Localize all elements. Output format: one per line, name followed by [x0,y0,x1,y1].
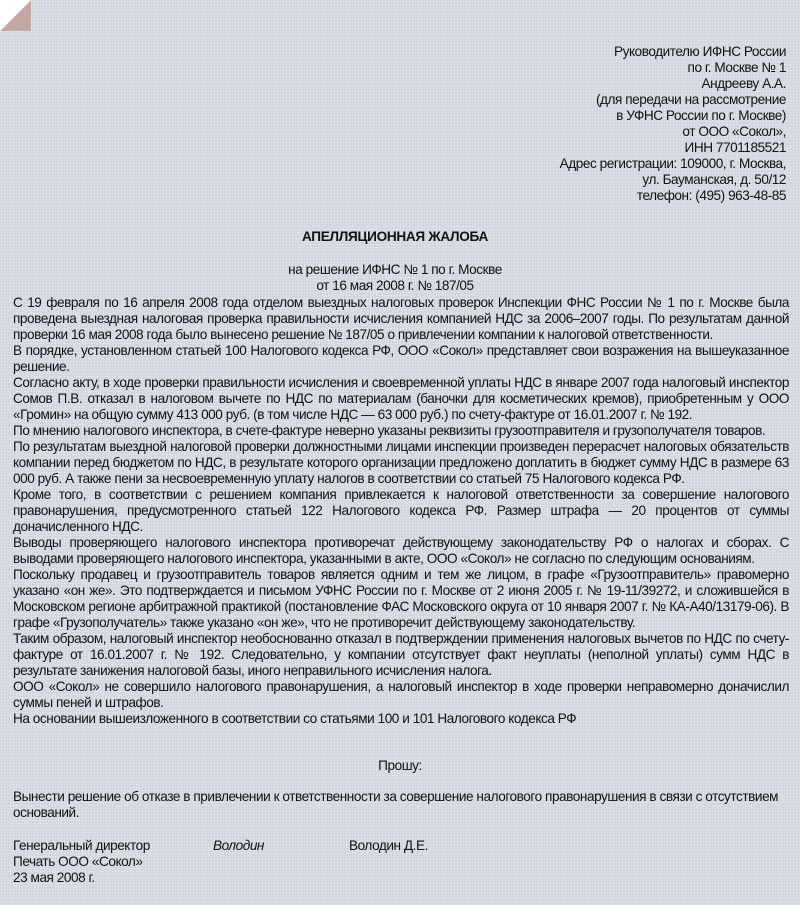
body-paragraph: С 19 февраля по 16 апреля 2008 года отде… [13,295,789,343]
company-stamp: Печать ООО «Сокол» [13,854,150,870]
addressee-line: (для передачи на рассмотрение [386,92,786,108]
addressee-line: ул. Бауманская, д. 50/12 [386,172,786,188]
body-paragraph: На основании вышеизложенного в соответст… [13,711,789,727]
request-heading: Прошу: [0,758,800,774]
document-subtitle: на решение ИФНС № 1 по г. Москве от 16 м… [270,262,520,294]
body-paragraph: ООО «Сокол» не совершило налогового прав… [13,679,789,711]
signature-block: Генеральный директор Печать ООО «Сокол» … [13,838,150,886]
addressee-block: Руководителю ИФНС России по г. Москве № … [386,44,786,204]
addressee-line: Руководителю ИФНС России [386,44,786,60]
body-paragraph: Выводы проверяющего налогового инспектор… [13,535,789,567]
handwritten-signature: Володин [213,838,264,854]
body-paragraph: Согласно акту, в ходе проверки правильно… [13,375,789,423]
signer-name: Володин Д.Е. [349,838,428,854]
body-paragraph: Поскольку продавец и грузоотправитель то… [13,567,789,631]
addressee-line: ИНН 7701185521 [386,140,786,156]
body-paragraph: По мнению налогового инспектора, в счете… [13,423,789,439]
body-paragraph: Таким образом, налоговый инспектор необо… [13,631,789,679]
addressee-line: Адрес регистрации: 109000, г. Москва, [386,156,786,172]
subtitle-line: на решение ИФНС № 1 по г. Москве [270,262,520,278]
request-text: Вынести решение об отказе в привлечении … [13,789,789,821]
addressee-line: в УФНС России по г. Москве) [386,108,786,124]
signer-position: Генеральный директор [13,838,150,854]
addressee-line: от ООО «Сокол», [386,124,786,140]
body-paragraph: По результатам выездной налоговой провер… [13,439,789,487]
addressee-line: по г. Москве № 1 [386,60,786,76]
page-fold-corner [0,0,31,31]
addressee-line: Андрееву А.А. [386,76,786,92]
complaint-body: С 19 февраля по 16 апреля 2008 года отде… [13,295,789,727]
body-paragraph: В порядке, установленном статьей 100 Нал… [13,343,789,375]
addressee-line: телефон: (495) 963-48-85 [386,188,786,204]
subtitle-line: от 16 мая 2008 г. № 187/05 [270,278,520,294]
signature-date: 23 мая 2008 г. [13,870,150,886]
body-paragraph: Кроме того, в соответствии с решением ко… [13,487,789,535]
document-title: АПЕЛЛЯЦИОННАЯ ЖАЛОБА [270,229,520,245]
